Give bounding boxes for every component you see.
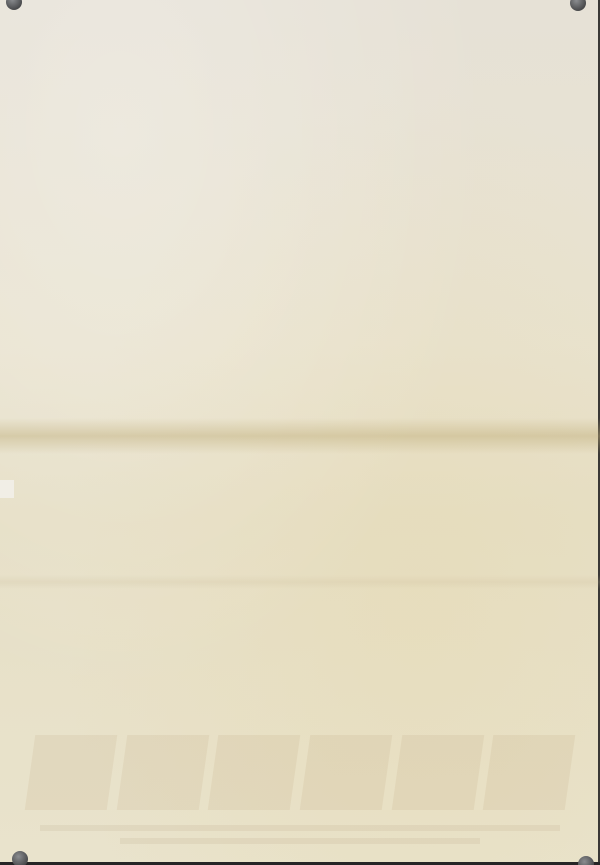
secondary-fold-crease xyxy=(0,575,600,589)
show-through-title xyxy=(30,735,570,810)
edge-tear xyxy=(0,480,14,498)
poster-back xyxy=(0,0,598,862)
horizontal-fold-crease xyxy=(0,418,600,454)
pin-bottom-right-icon xyxy=(578,856,594,865)
show-through-credits-line xyxy=(40,825,560,831)
show-through-credits-line xyxy=(120,838,480,844)
pin-bottom-left-icon xyxy=(12,851,28,865)
